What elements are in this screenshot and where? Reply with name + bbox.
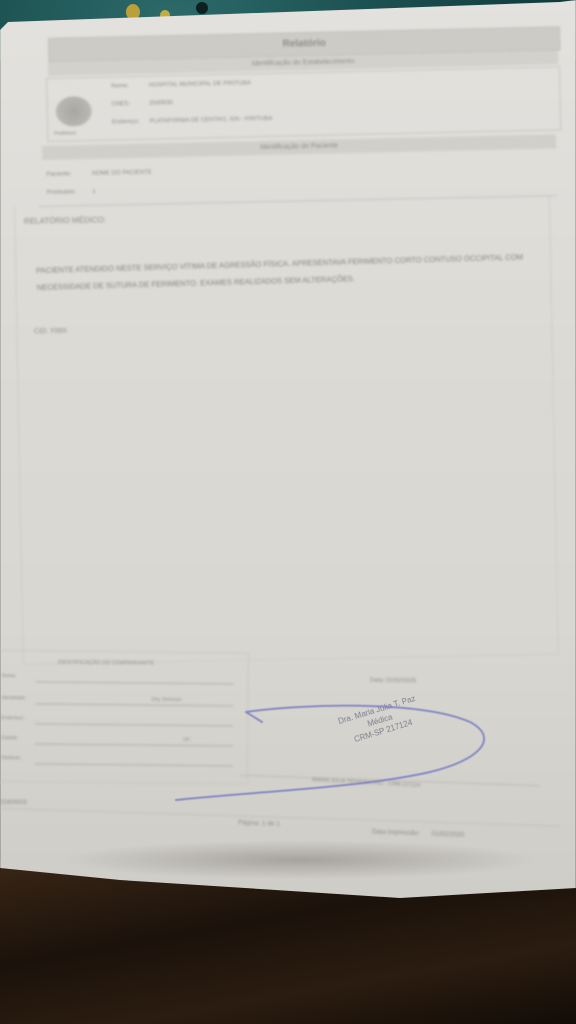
companion-phone-field: Telefone: [1,755,241,764]
print-date: Data Impressão:01/02/2025 [372,828,464,838]
field-value: PLATAFORMA DE CENTRO, S/N - PIRITUBA [150,116,273,125]
field-value: NOME DO PACIENTE [92,170,152,177]
patient-name-row: Paciente: NOME DO PACIENTE [46,170,152,178]
companion-city-field: Cidade: UF: [1,735,241,744]
establishment-address-row: Endereço: PLATAFORMA DE CENTRO, S/N - PI… [112,116,273,126]
print-date-label: Data Impressão: [372,828,420,837]
establishment-cnes-row: CNES: 2040630 [112,100,173,107]
footer-code: 02400003 [0,800,27,806]
city-seal-icon [55,96,92,127]
field-value: HOSPITAL MUNICIPAL DE PIRITUBA [149,80,251,88]
field-label: Prontuário: [47,189,91,196]
field-label: Endereço: [1,715,24,721]
print-date-value: 01/02/2025 [432,830,465,838]
field-label: Endereço: [112,119,148,126]
field-label: Nome: [111,83,147,90]
companion-name-field: Nome: [2,673,242,682]
state-label: UF: [183,737,191,743]
page-number: Página: 1 de 1 [238,819,280,827]
field-label: Cidade: [1,735,18,741]
field-value: 2040630 [149,100,172,107]
companion-box: IDENTIFICAÇÃO DO COMPANHANTE Nome: Ident… [0,650,249,785]
establishment-box: Prefeitura Nome: HOSPITAL MUNICIPAL DE P… [46,66,561,142]
field-label: CNES: [112,101,148,108]
issuer-label: Org. Emissor: [151,697,182,703]
medical-report-document: Relatório Identificação do Estabelecimen… [0,0,576,900]
companion-address-field: Endereço: [1,715,241,724]
companion-title: IDENTIFICAÇÃO DO COMPANHANTE [58,660,154,667]
report-date: Data: 01/02/2025 [370,678,416,685]
patient-record-row: Prontuário: 1 [47,189,96,196]
field-value: 1 [92,189,95,195]
report-title: RELATÓRIO MÉDICO: [24,215,106,225]
establishment-name-row: Nome: HOSPITAL MUNICIPAL DE PIRITUBA [111,80,251,89]
field-label: Telefone: [1,755,21,761]
seal-label: Prefeitura [54,130,76,136]
companion-id-field: Identidade: Org. Emissor: [1,695,241,704]
field-label: Identidade: [1,695,26,701]
field-label: Paciente: [46,171,90,178]
cid-code: CID: Y09X [34,328,67,336]
field-label: Nome: [2,673,17,679]
